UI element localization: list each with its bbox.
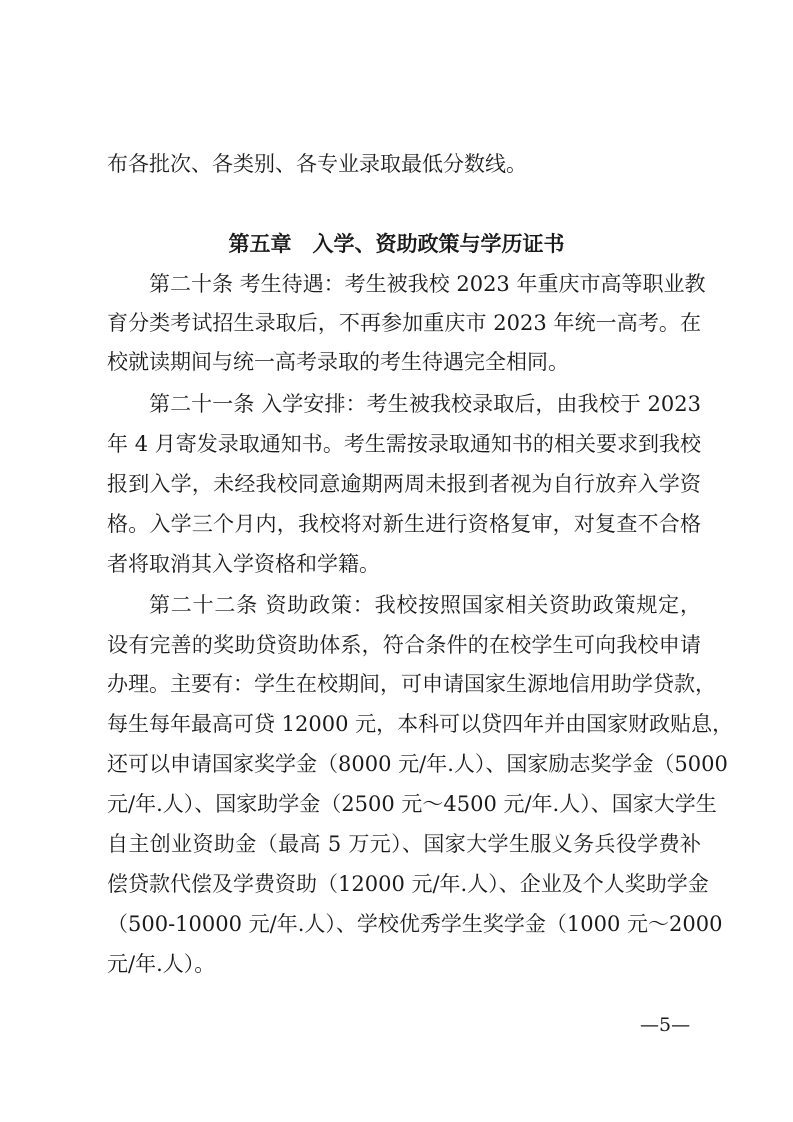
paragraph-line: 者将取消其入学资格和学籍。 [107, 552, 701, 576]
paragraph-line: 自主创业资助金（最高 5 万元）、国家大学生服义务兵役学费补 [107, 832, 701, 856]
paragraph-line: 元/年.人）、国家助学金（2500 元～4500 元/年.人）、国家大学生 [107, 792, 701, 816]
paragraph-line: 育分类考试招生录取后，不再参加重庆市 2023 年统一高考。在 [107, 311, 701, 335]
paragraph-line: 设有完善的奖助贷资助体系，符合条件的在校学生可向我校申请 [107, 633, 701, 657]
paragraph-line: 办理。主要有：学生在校期间，可申请国家生源地信用助学贷款， [107, 672, 701, 696]
paragraph-line: 报到入学，未经我校同意逾期两周未报到者视为自行放弃入学资 [107, 472, 701, 496]
paragraph-line: 格。入学三个月内，我校将对新生进行资格复审，对复查不合格 [107, 512, 701, 536]
paragraph-line: 每生每年最高可贷 12000 元，本科可以贷四年并由国家财政贴息， [107, 712, 701, 736]
paragraph-line: 第二十条 考生待遇：考生被我校 2023 年重庆市高等职业教 [149, 272, 701, 296]
paragraph-line: 布各批次、各类别、各专业录取最低分数线。 [107, 152, 701, 176]
paragraph-line: 校就读期间与统一高考录取的考生待遇完全相同。 [107, 350, 701, 374]
paragraph-line: 第二十一条 入学安排：考生被我校录取后，由我校于 2023 [149, 392, 701, 416]
paragraph-line: 第二十二条 资助政策：我校按照国家相关资助政策规定， [149, 593, 701, 617]
paragraph-line: 偿贷款代偿及学费资助（12000 元/年.人）、企业及个人奖助学金 [107, 872, 701, 896]
chapter-heading: 第五章 入学、资助政策与学历证书 [0, 232, 793, 256]
paragraph-line: 年 4 月寄发录取通知书。考生需按录取通知书的相关要求到我校 [107, 432, 701, 456]
paragraph-line: （500-10000 元/年.人）、学校优秀学生奖学金（1000 元～2000 [107, 912, 701, 936]
paragraph-line: 元/年.人）。 [107, 952, 701, 976]
paragraph-line: 还可以申请国家奖学金（8000 元/年.人）、国家励志奖学金（5000 [107, 752, 701, 776]
page-number: —5— [640, 1014, 690, 1036]
